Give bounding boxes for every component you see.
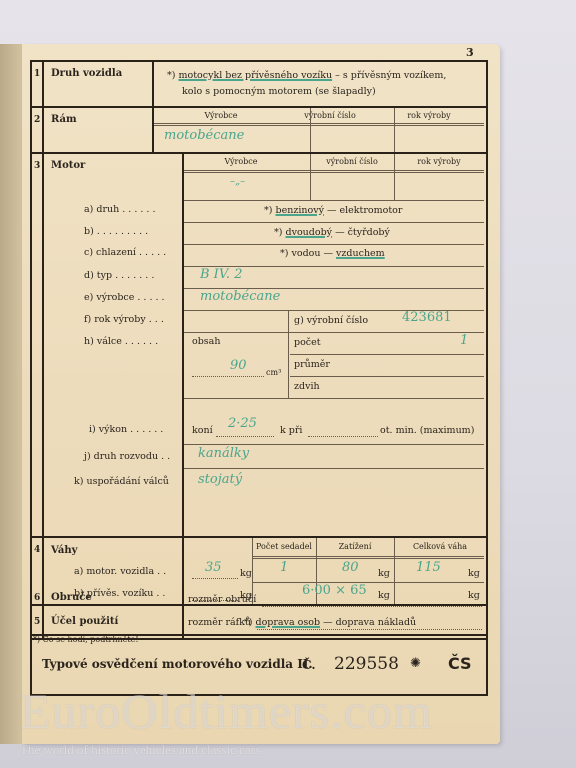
watermark-logo: EuroOldtimers.com bbox=[20, 682, 433, 740]
star-ornament-icon: ✺ bbox=[410, 656, 421, 671]
watermark-tagline: The world of historic vehicles and class… bbox=[20, 742, 260, 758]
certificate-title: Typové osvědčení motorového vozidla II. bbox=[42, 657, 313, 671]
footnote: *) Co se hodí, podtrhněte! bbox=[33, 635, 139, 644]
certificate-serial: 229558 bbox=[334, 654, 399, 674]
footer-area: *) Co se hodí, podtrhněte! Typové osvědč… bbox=[30, 60, 488, 696]
page-number: 3 bbox=[466, 46, 474, 59]
number-label: Č. bbox=[302, 658, 316, 672]
country-code: ČS bbox=[448, 654, 472, 673]
